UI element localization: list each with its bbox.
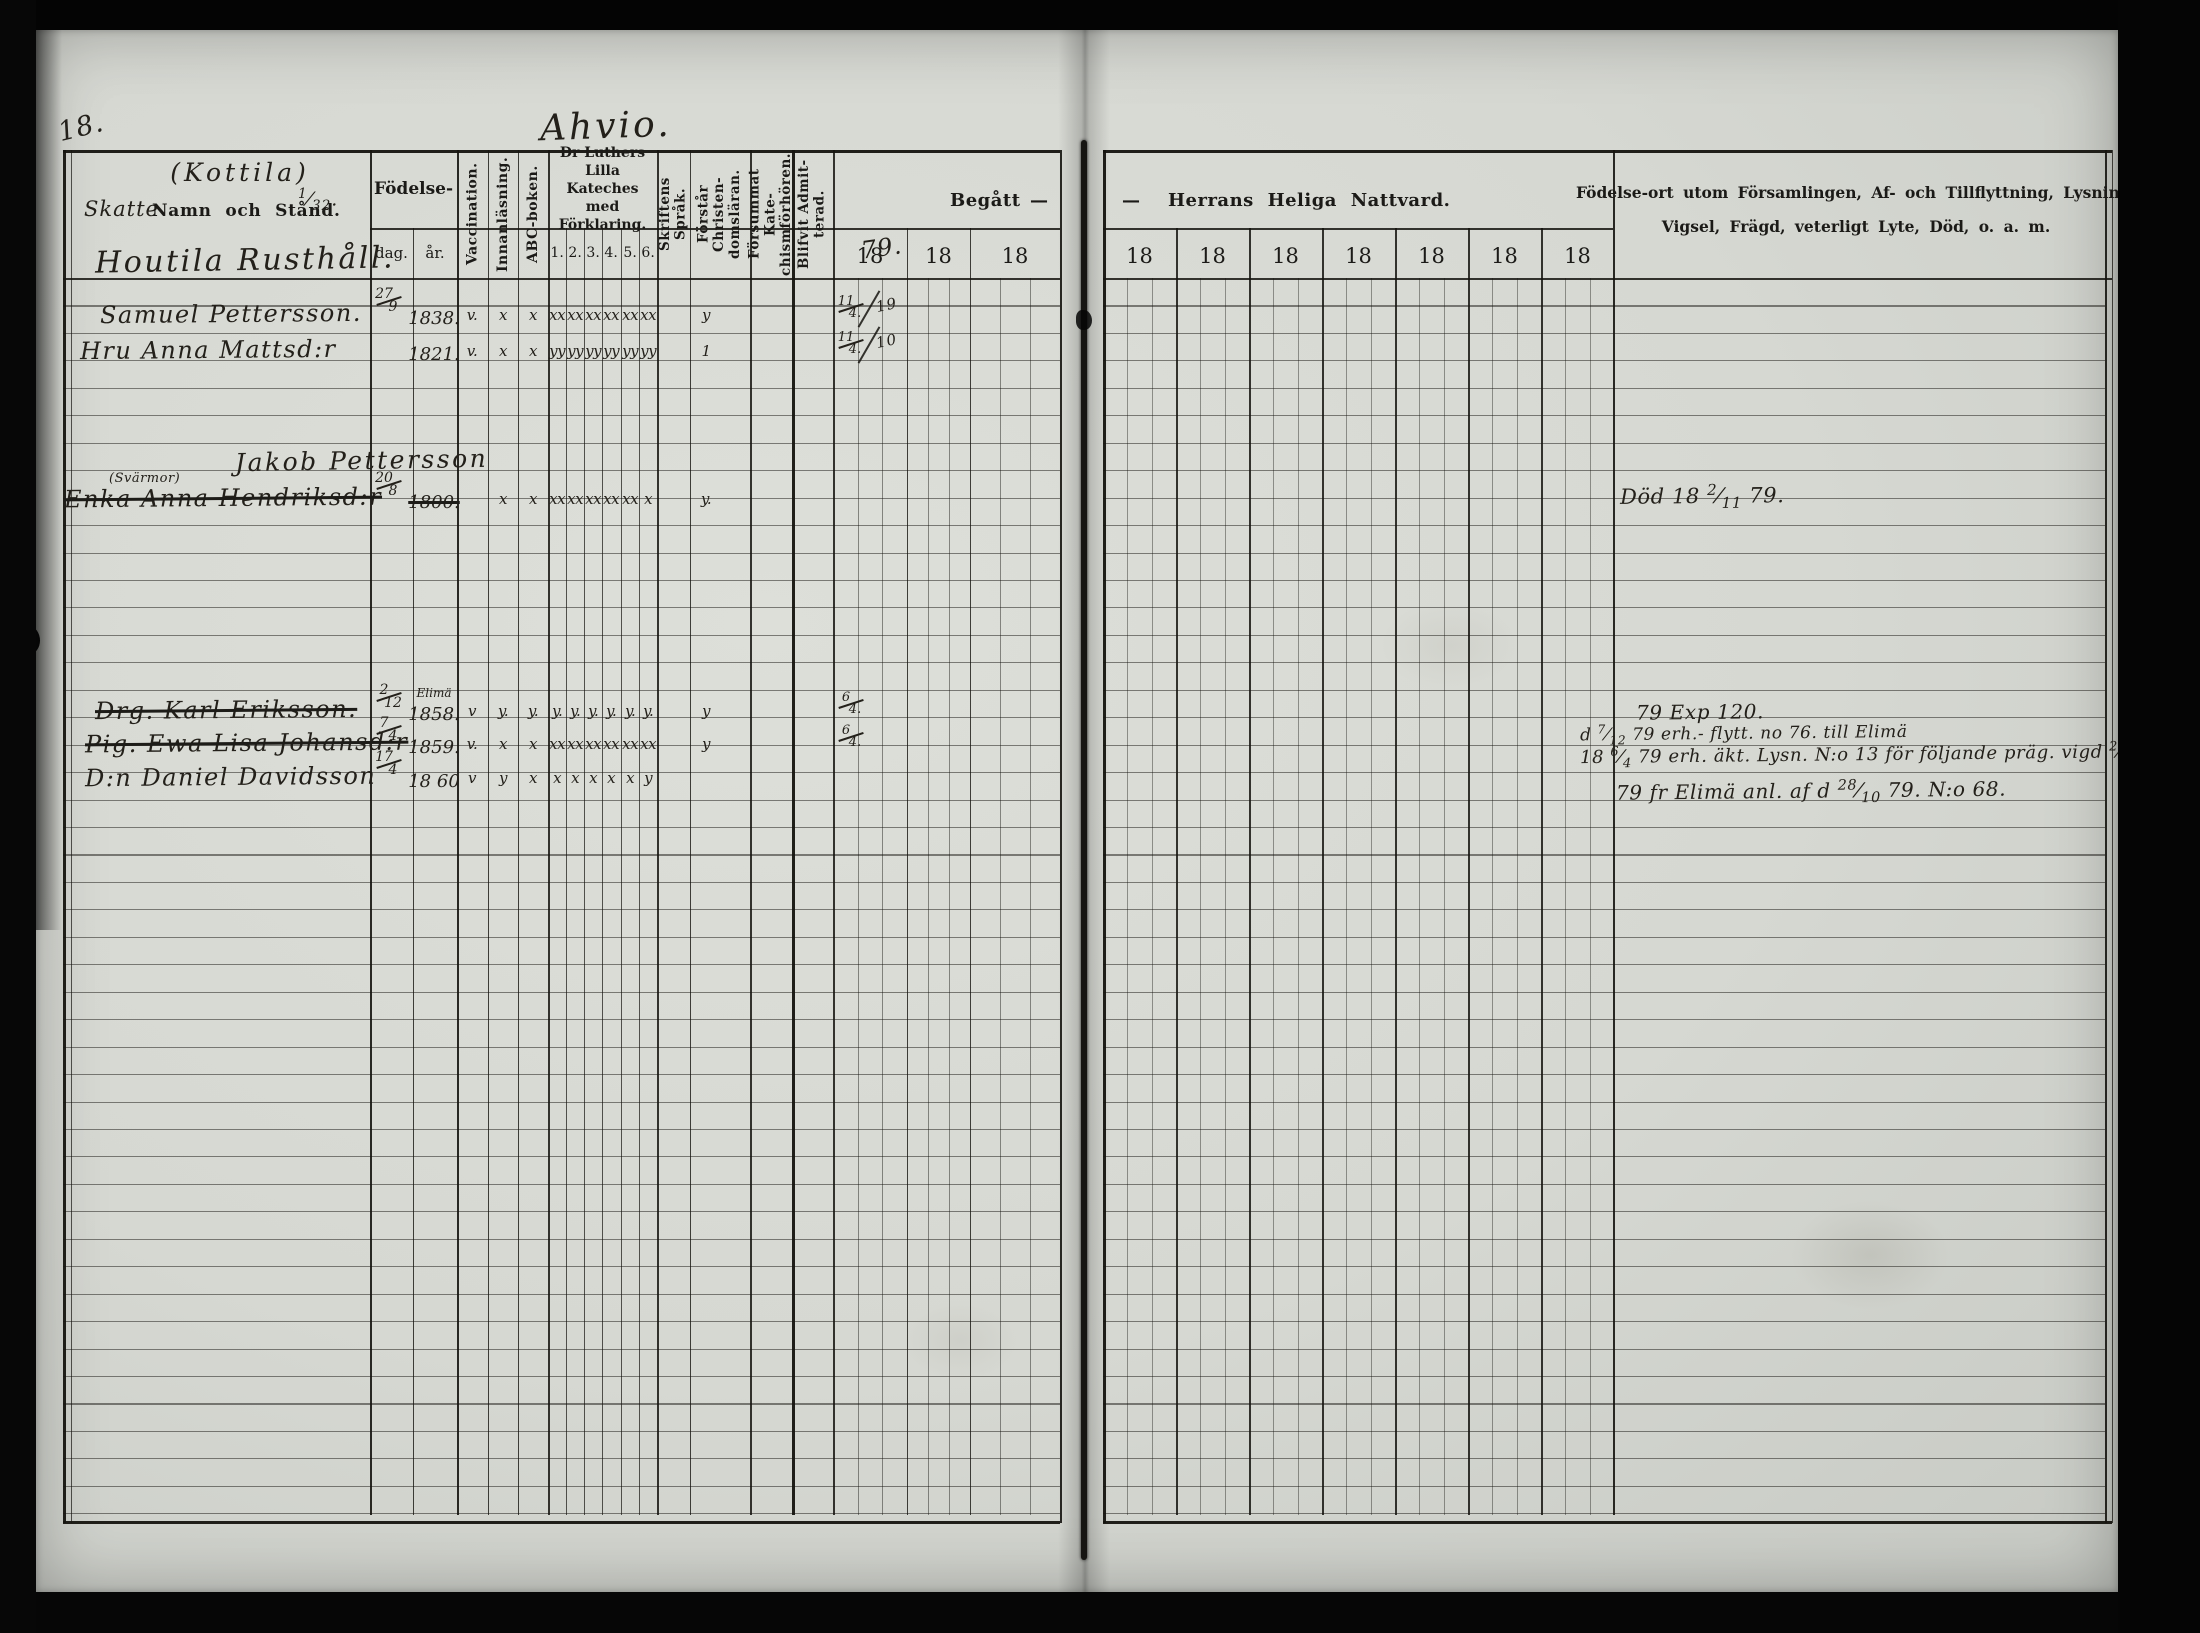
household-heading: Jakob Pettersson xyxy=(235,444,489,477)
exam-mark: x xyxy=(491,490,515,508)
grid-hline xyxy=(63,1376,1060,1377)
grid-hline xyxy=(63,690,1060,691)
exam-mark: yy xyxy=(636,342,660,360)
year-label: 18 xyxy=(1322,238,1395,274)
grid-hline xyxy=(63,388,1060,389)
entry-name: Pig. Ewa Lisa Johansd:r xyxy=(85,728,409,759)
ink-blob xyxy=(1076,310,1092,330)
grid-hline xyxy=(1103,937,2105,938)
grid-hline xyxy=(1103,305,2105,306)
exam-mark: x xyxy=(491,306,515,324)
grid-vline xyxy=(858,278,859,1515)
margin-note: Död 18 2⁄11 79. xyxy=(1620,480,1785,513)
fraction-top: 1 xyxy=(298,186,308,202)
missed-exams-header: Försummat Kate- chismförhören. xyxy=(750,150,792,278)
notes-header-line1: Födelse-ort utom Församlingen, Af- och T… xyxy=(1576,176,2136,210)
grid-hline xyxy=(63,415,1060,416)
grid-hline xyxy=(1103,580,2105,581)
grid-hline xyxy=(63,909,1060,910)
fraction-denominator: 4. xyxy=(849,344,861,356)
grid-hline xyxy=(1103,635,2105,636)
grid-vline xyxy=(63,150,66,1523)
frame-left xyxy=(0,0,36,1633)
grid-hline xyxy=(63,607,1060,608)
grid-hline xyxy=(1103,1294,2105,1295)
exam-mark: x xyxy=(491,735,515,753)
grid-hline xyxy=(63,1129,1060,1130)
birth-year-header: år. xyxy=(413,228,457,278)
entry-name: Hru Anna Mattsd:r xyxy=(80,335,337,365)
grid-hline xyxy=(63,1211,1060,1212)
catechism-number-cell: 4. xyxy=(602,228,620,278)
exam-mark: y. xyxy=(521,702,545,720)
grid-vline xyxy=(1030,278,1031,1515)
exam-mark: xx xyxy=(636,735,660,753)
grid-hline xyxy=(63,1156,1060,1157)
exam-mark: y. xyxy=(694,490,718,508)
household-heading: Houtila Rusthåll. xyxy=(95,240,396,280)
grid-hline xyxy=(63,1239,1060,1240)
grid-hline xyxy=(1103,717,2105,718)
entry-name: Samuel Pettersson. xyxy=(100,299,362,329)
year-label: 18 xyxy=(1468,238,1541,274)
grid-hline xyxy=(1103,553,2105,554)
grid-hline xyxy=(63,854,1060,855)
grid-vline xyxy=(928,278,929,1515)
fraction-bottom: 32 xyxy=(312,198,331,214)
grid-vline xyxy=(1492,278,1493,1515)
catechism-number-cell: 5. xyxy=(621,228,639,278)
grid-hline xyxy=(63,525,1060,526)
communion-header: Herrans Heliga Nattvard. xyxy=(1168,190,1450,211)
grid-hline xyxy=(1103,607,2105,608)
year-label: 18 xyxy=(1395,238,1468,274)
frame-right xyxy=(2118,0,2200,1633)
year-label: 18 xyxy=(1176,238,1249,274)
grid-hline xyxy=(1103,772,2105,773)
grid-hline xyxy=(63,443,1060,444)
birth-year-value: 1838. xyxy=(411,308,457,329)
grid-hline xyxy=(1103,415,2105,416)
grid-hline xyxy=(63,580,1060,581)
fraction-denominator: 8 xyxy=(389,485,398,498)
grid-hline xyxy=(1103,690,2105,691)
grid-hline xyxy=(1103,992,2105,993)
birth-year-value: 1859. xyxy=(411,737,457,758)
grid-hline xyxy=(1103,1047,2105,1048)
exam-mark: y xyxy=(694,702,718,720)
understands-header: Förstår Christen- domsläran. xyxy=(690,150,750,278)
exam-mark: v. xyxy=(460,735,484,753)
entry-name: Drg. Karl Eriksson. xyxy=(95,695,357,725)
exam-mark: y xyxy=(491,769,515,787)
fraction-denominator: 12 xyxy=(384,697,402,710)
grid-hline xyxy=(1103,1521,2112,1524)
fraction-denominator: 9 xyxy=(389,301,398,314)
grid-hline xyxy=(63,882,1060,883)
handwritten-fraction: 208 xyxy=(376,472,402,498)
fraction-annotation: 1⁄32. xyxy=(298,188,338,212)
grid-hline xyxy=(1103,525,2105,526)
grid-vline xyxy=(949,278,950,1515)
handwritten-fraction: 212 xyxy=(376,684,402,710)
exam-mark: x xyxy=(521,306,545,324)
fraction-denominator: 4 xyxy=(389,730,398,743)
year-label-handwritten: 79. xyxy=(859,231,904,264)
catechism-header: Dr Luthers Lilla Kateches med Förklaring… xyxy=(548,150,657,228)
exam-mark: y xyxy=(636,769,660,787)
abc-book-header: ABC-boken. xyxy=(518,150,548,278)
grid-hline xyxy=(63,1047,1060,1048)
exam-mark: v xyxy=(460,702,484,720)
grid-hline xyxy=(1103,1266,2105,1267)
grid-hline xyxy=(63,1294,1060,1295)
grid-hline xyxy=(1103,1019,2105,1020)
grid-vline xyxy=(518,150,519,1515)
grid-hline xyxy=(1103,882,2105,883)
grid-hline xyxy=(1103,909,2105,910)
handwritten-fraction: 174 xyxy=(376,751,402,777)
handwritten-fraction: 64. xyxy=(838,692,864,716)
grid-vline xyxy=(1371,278,1372,1515)
grid-hline xyxy=(1103,1513,2105,1514)
grid-vline xyxy=(370,150,372,1515)
grid-vline xyxy=(71,150,72,1523)
grid-hline xyxy=(1103,360,2105,361)
grid-hline xyxy=(63,937,1060,938)
fraction-denominator: 4. xyxy=(849,737,861,749)
grid-vline xyxy=(1298,278,1299,1515)
notes-header-line2: Vigsel, Frägd, veterligt Lyte, Död, o. a… xyxy=(1662,210,2050,244)
grid-hline xyxy=(1103,228,1613,230)
grid-hline xyxy=(1103,1211,2105,1212)
grid-hline xyxy=(1103,964,2105,965)
year-label: 18 xyxy=(970,238,1060,274)
grid-hline xyxy=(63,662,1060,663)
catechism-number-cell: 3. xyxy=(584,228,602,278)
scan-background: 18. Ahvio. (Kottila) Skatte Namn och Stå… xyxy=(0,0,2200,1633)
grid-hline xyxy=(1103,1102,2105,1103)
grid-hline xyxy=(63,1513,1060,1514)
frame-top xyxy=(0,0,2200,30)
grid-vline xyxy=(1152,278,1153,1515)
grid-vline xyxy=(2112,150,2113,1523)
grid-vline xyxy=(1346,278,1347,1515)
grid-vline xyxy=(488,150,489,1515)
grid-vline xyxy=(1444,278,1445,1515)
exam-mark: x xyxy=(636,490,660,508)
grid-vline xyxy=(1565,278,1566,1515)
grid-hline xyxy=(63,470,1060,471)
grid-vline xyxy=(1225,278,1226,1515)
grid-hline xyxy=(1103,1184,2105,1185)
grid-hline xyxy=(63,1019,1060,1020)
grid-vline xyxy=(1590,278,1591,1515)
vaccination-header: Vaccination. xyxy=(457,150,488,278)
exam-mark: xx xyxy=(636,306,660,324)
birth-year-value: 1821. xyxy=(411,344,457,365)
tax-annotation: Skatte xyxy=(84,197,159,221)
exam-mark: v. xyxy=(460,306,484,324)
handwritten-fraction: 74 xyxy=(376,717,402,743)
notes-column-header: Födelse-ort utom Församlingen, Af- och T… xyxy=(1622,165,2090,255)
grid-hline xyxy=(1103,662,2105,663)
scripture-header: Skriftens Språk. xyxy=(657,150,690,278)
communion-dash: — xyxy=(1122,190,1140,211)
admitted-header: Blifvit Admit- terad. xyxy=(792,150,833,278)
grid-hline xyxy=(63,1403,1060,1404)
fraction-denominator: 4 xyxy=(389,764,398,777)
grid-hline xyxy=(1103,827,2105,828)
grid-hline xyxy=(63,1074,1060,1075)
grid-hline xyxy=(63,1431,1060,1432)
grid-hline xyxy=(63,800,1060,801)
grid-hline xyxy=(1103,1458,2105,1459)
grid-hline xyxy=(1103,854,2105,855)
grid-vline xyxy=(1517,278,1518,1515)
grid-hline xyxy=(63,1486,1060,1487)
grid-hline xyxy=(63,1266,1060,1267)
catechism-number-cell: 2. xyxy=(566,228,584,278)
grid-hline xyxy=(63,635,1060,636)
exam-mark: y xyxy=(694,306,718,324)
grid-vline xyxy=(2105,150,2107,1523)
birth-year-value: 18 60 xyxy=(411,771,457,792)
grid-hline xyxy=(63,1458,1060,1459)
exam-mark: 1 xyxy=(694,342,718,360)
grid-vline xyxy=(1613,150,1615,1515)
birth-year-value: 1800. xyxy=(411,492,457,513)
grid-hline xyxy=(1103,498,2105,499)
grid-hline xyxy=(1103,333,2105,334)
margin-note: 79 fr Elimä anl. af d 28⁄10 79. N:o 68. xyxy=(1616,776,2006,809)
grid-vline xyxy=(1127,278,1128,1515)
frame-bottom xyxy=(0,1592,2200,1633)
grid-hline xyxy=(63,553,1060,554)
fraction-denominator: 4. xyxy=(849,704,861,716)
grid-hline xyxy=(1103,1239,2105,1240)
binding-line xyxy=(1081,140,1087,1560)
year-label: 18 xyxy=(1541,238,1614,274)
grid-vline xyxy=(1419,278,1420,1515)
grid-vline xyxy=(882,278,883,1515)
entry-insertion: (Svärmor) xyxy=(109,471,180,486)
grid-hline xyxy=(1103,1074,2105,1075)
begatt-dash: — xyxy=(1030,190,1048,211)
left-edge-shadow xyxy=(36,30,62,930)
grid-vline xyxy=(833,150,835,1515)
catechism-number-cell: 6. xyxy=(639,228,657,278)
year-label: 18 xyxy=(1249,238,1322,274)
exam-mark: x xyxy=(521,769,545,787)
grid-hline xyxy=(1103,1156,2105,1157)
grid-hline xyxy=(63,1521,1060,1524)
grid-hline xyxy=(63,1102,1060,1103)
grid-hline xyxy=(1103,443,2105,444)
exam-mark: x xyxy=(521,490,545,508)
grid-vline xyxy=(750,150,752,1515)
grid-hline xyxy=(63,964,1060,965)
handwritten-fraction: 114. xyxy=(838,332,864,356)
document-title: Ahvio. xyxy=(539,104,672,150)
reading-header: Innanläsning. xyxy=(488,150,518,278)
grid-vline xyxy=(690,150,691,1515)
exam-mark: v xyxy=(460,769,484,787)
handwritten-fraction: 64. xyxy=(838,725,864,749)
grid-hline xyxy=(63,827,1060,828)
year-label: 18 xyxy=(1103,238,1176,274)
grid-hline xyxy=(63,333,1060,334)
entry-name: D:n Daniel Davidsson xyxy=(85,762,377,793)
exam-mark: x xyxy=(491,342,515,360)
exam-mark: x xyxy=(521,342,545,360)
handwritten-fraction: 114. xyxy=(838,296,864,320)
grid-hline xyxy=(63,1184,1060,1185)
grid-hline xyxy=(1103,1431,2105,1432)
grid-hline xyxy=(1103,1129,2105,1130)
handwritten-fraction: 279 xyxy=(376,288,402,314)
parish-annotation: (Kottila) xyxy=(130,158,350,187)
grid-vline xyxy=(792,150,795,1515)
grid-hline xyxy=(1103,150,2112,153)
exam-mark: y. xyxy=(636,702,660,720)
grid-hline xyxy=(1103,1486,2105,1487)
entry-name: Enka Anna Hendriksd:r xyxy=(64,483,382,514)
grid-hline xyxy=(1103,470,2105,471)
exam-mark: v. xyxy=(460,342,484,360)
birth-header: Födelse- xyxy=(370,150,457,228)
exam-mark: y xyxy=(694,735,718,753)
grid-hline xyxy=(1103,388,2105,389)
grid-hline xyxy=(63,1321,1060,1322)
catechism-number-cell: 1. xyxy=(548,228,566,278)
year-label: 18 xyxy=(907,238,970,274)
grid-hline xyxy=(1103,1349,2105,1350)
fraction-denominator: 4. xyxy=(849,308,861,320)
exam-mark: x xyxy=(521,735,545,753)
grid-hline xyxy=(1103,1321,2105,1322)
birth-year-note: Elimä xyxy=(408,686,460,700)
grid-vline xyxy=(1200,278,1201,1515)
grid-hline xyxy=(1103,1376,2105,1377)
grid-hline xyxy=(1103,1403,2105,1404)
grid-hline xyxy=(63,992,1060,993)
begatt-label: Begått xyxy=(950,190,1021,211)
grid-vline xyxy=(1273,278,1274,1515)
grid-hline xyxy=(1103,278,2112,280)
exam-mark: y. xyxy=(491,702,515,720)
birth-year-value: 1858. xyxy=(411,704,457,725)
grid-hline xyxy=(63,1349,1060,1350)
grid-vline xyxy=(1000,278,1001,1515)
